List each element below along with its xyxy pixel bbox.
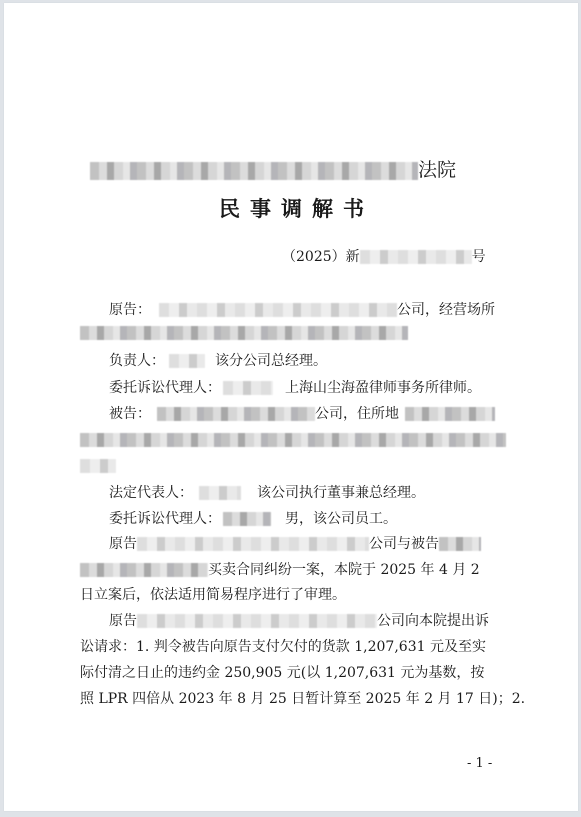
court-name: 法院 [90, 161, 456, 180]
paragraph-2-line-1: 原告公司向本院提出诉 [109, 612, 489, 630]
plaintiff-head-line: 负责人：该分公司总经理。 [109, 352, 327, 370]
page-number: - 1 - [467, 755, 492, 773]
plaintiff-address-line [80, 324, 408, 342]
redacted-defendant-agent-name [223, 512, 271, 526]
paragraph-1-line-1: 原告公司与被告 [109, 535, 481, 553]
p1-text-a: 原告 [109, 536, 137, 552]
plaintiff-suffix: 公司，经营场所 [397, 302, 495, 318]
redacted-court-name [90, 162, 418, 180]
defendant-suffix: 公司，住所地 [315, 406, 399, 422]
redacted-plaintiff-address [80, 326, 408, 340]
plaintiff-agent-line: 委托诉讼代理人：上海山尘海盈律师事务所律师。 [109, 379, 481, 397]
defendant-rep-line: 法定代表人：该公司执行董事兼总经理。 [109, 484, 425, 502]
defendant-agent-role: 男，该公司员工。 [285, 511, 397, 527]
redacted-defendant-name [157, 407, 315, 421]
p2-text-a: 原告 [109, 613, 137, 629]
redacted-case-number [360, 250, 472, 264]
redacted-defendant-address-1 [405, 407, 495, 421]
paragraph-1-line-3: 日立案后，依法适用简易程序进行了审理。 [80, 586, 346, 604]
paragraph-1-line-2: 买卖合同纠纷一案，本院于 2025 年 4 月 2 [80, 561, 480, 579]
redacted-defendant-name-2 [439, 537, 481, 551]
redacted-head-name [169, 354, 205, 368]
case-number-suffix: 号 [472, 249, 486, 265]
plaintiff-label: 原告： [109, 302, 151, 318]
plaintiff-head-role: 该分公司总经理。 [215, 353, 327, 369]
p1-text-c: 买卖合同纠纷一案，本院于 2025 年 4 月 2 [208, 562, 480, 578]
document-page: 法院 民事调解书 （2025）新号 原告：公司，经营场所 负责人：该分公司总经理… [4, 3, 578, 811]
defendant-address-line [80, 431, 506, 449]
redacted-rep-name [199, 486, 241, 500]
redacted-agent-name [223, 381, 273, 395]
defendant-label: 被告： [109, 406, 151, 422]
p2-text-b: 公司向本院提出诉 [377, 613, 489, 629]
defendant-agent-line: 委托诉讼代理人：男，该公司员工。 [109, 510, 397, 528]
defendant-rep-label: 法定代表人： [109, 485, 193, 501]
paragraph-2-line-2: 讼请求：1. 判令被告向原告支付欠付的货款 1,207,631 元及至实 [80, 638, 486, 656]
redacted-defendant-name-3 [80, 563, 208, 577]
redacted-plaintiff-name-3 [137, 614, 377, 628]
redacted-defendant-address-3 [80, 459, 116, 473]
defendant-agent-label: 委托诉讼代理人： [109, 511, 221, 527]
redacted-defendant-address-2 [80, 433, 506, 447]
case-number-prefix: （2025）新 [282, 249, 360, 265]
defendant-address-line-2 [80, 457, 116, 475]
redacted-plaintiff-name [159, 303, 397, 317]
document-type-title: 民事调解书 [219, 200, 374, 218]
plaintiff-agent-label: 委托诉讼代理人： [109, 380, 221, 396]
defendant-rep-role: 该公司执行董事兼总经理。 [257, 485, 425, 501]
defendant-line: 被告：公司，住所地 [109, 405, 495, 423]
court-suffix: 法院 [418, 159, 456, 181]
p1-text-b: 公司与被告 [369, 536, 439, 552]
paragraph-2-line-4: 照 LPR 四倍从 2023 年 8 月 25 日暂计算至 2025 年 2 月… [80, 690, 525, 708]
redacted-plaintiff-name-2 [137, 537, 369, 551]
case-number: （2025）新号 [282, 248, 486, 266]
plaintiff-line: 原告：公司，经营场所 [109, 301, 495, 319]
paragraph-2-line-3: 际付清之日止的违约金 250,905 元(以 1,207,631 元为基数，按 [80, 664, 484, 682]
plaintiff-agent-role: 上海山尘海盈律师事务所律师。 [285, 380, 481, 396]
plaintiff-head-label: 负责人： [109, 353, 165, 369]
